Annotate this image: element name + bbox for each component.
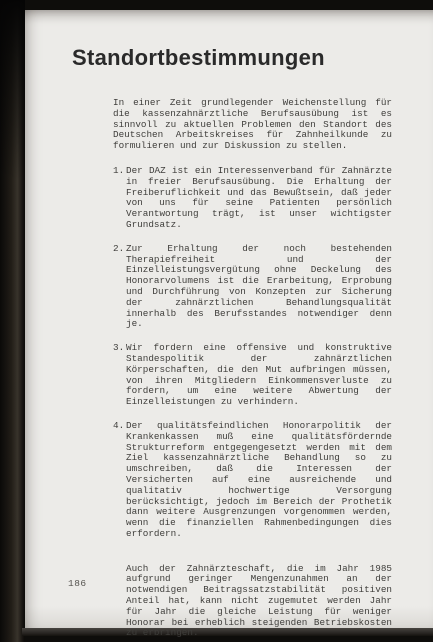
page-number: 186 xyxy=(68,578,87,589)
intro-paragraph: In einer Zeit grundlegender Weichenstell… xyxy=(113,98,392,152)
list-item-text: Wir fordern eine offensive und konstrukt… xyxy=(126,343,392,408)
document-page: Standortbestimmungen In einer Zeit grund… xyxy=(25,10,433,628)
closing-paragraph: Auch der Zahnärzteschaft, die im Jahr 19… xyxy=(113,564,392,640)
page-body: In einer Zeit grundlegender Weichenstell… xyxy=(113,98,392,639)
list-item-number: 1. xyxy=(113,166,126,231)
scanned-book-page: { "document": { "title": "Standortbestim… xyxy=(0,0,433,642)
list-item: 4. Der qualitätsfeindlichen Honorarpolit… xyxy=(113,421,392,540)
list-item: 3. Wir fordern eine offensive und konstr… xyxy=(113,343,392,408)
book-spine-shadow xyxy=(0,0,25,642)
list-item-text: Der DAZ ist ein Interessenverband für Za… xyxy=(126,166,392,231)
list-item: 2. Zur Erhaltung der noch bestehenden Th… xyxy=(113,244,392,330)
list-item-text: Zur Erhaltung der noch bestehenden Thera… xyxy=(126,244,392,330)
list-item-number: 3. xyxy=(113,343,126,408)
page-title: Standortbestimmungen xyxy=(72,46,325,70)
list-item-text: Der qualitätsfeindlichen Honorarpolitik … xyxy=(126,421,392,540)
list-item: 1. Der DAZ ist ein Interessenverband für… xyxy=(113,166,392,231)
list-item-number: 4. xyxy=(113,421,126,540)
list-item-number: 2. xyxy=(113,244,126,330)
